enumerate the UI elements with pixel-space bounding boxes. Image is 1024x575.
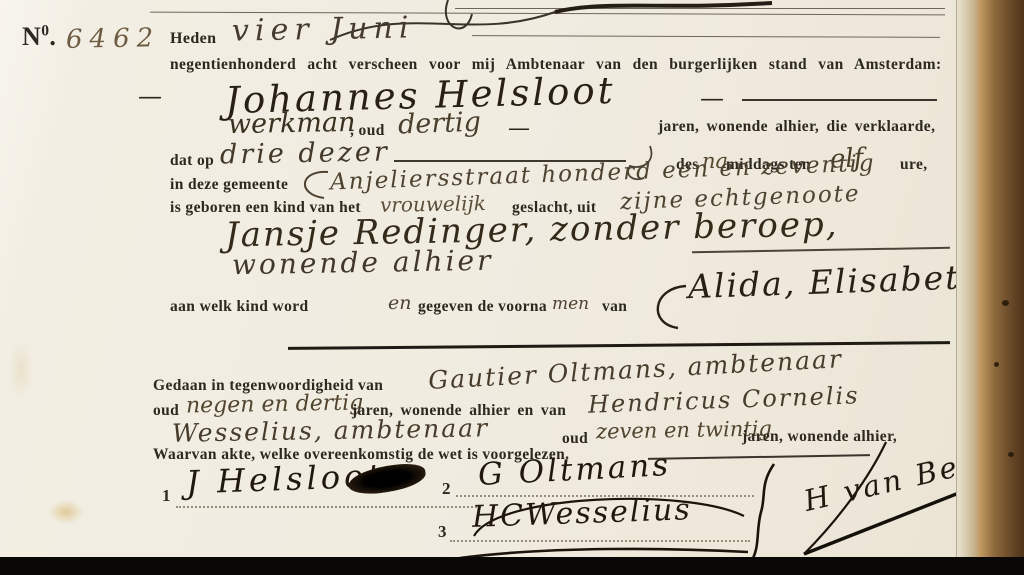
aan-welk-label: aan welk kind word [170,298,309,316]
date-handwritten: vier Juni [232,10,415,48]
father-occupation: werkman [228,107,356,140]
record-number-label: N0. [22,22,56,52]
paper-stain [8,340,34,400]
scan-bottom-bar [0,557,1024,575]
birth-certificate-scan: N0. 6462 Heden vier Juni negentienhonder… [0,0,1024,575]
jaren-wonende-text: jaren, wonende alhier, die verklaarde, [658,118,935,136]
binding-speck [1008,452,1014,457]
witness2-surname: Wesselius, ambtenaar [172,413,490,448]
van-label: van [602,298,627,316]
inserted-en: en [388,292,411,314]
name-fill-line [742,99,937,101]
dash-before-name: — [138,82,162,110]
dash-after-name: — [700,84,724,112]
signature2-number: 2 [442,479,451,499]
signature3-number: 3 [438,522,447,542]
oud-label-2: oud [153,402,179,420]
child-name-overline [692,247,950,254]
mother-residence: wonende alhier [232,244,494,282]
record-number-value: 6462 [66,23,161,55]
father-age: dertig [397,107,481,141]
birth-day: drie dezer [220,137,390,171]
page-edge [956,0,979,575]
inserted-men: men [552,294,589,314]
dat-op-label: dat op [170,152,214,170]
paper-stain [48,500,84,524]
ure-label: ure, [900,156,928,174]
pen-leadin-icon [292,168,332,202]
gegeven-label: gegeven de voorna [418,298,547,316]
binding-speck [1002,300,1009,306]
book-binding [978,0,1024,575]
witness1-age: negen en dertig [186,390,364,418]
section-separator-line [288,341,950,349]
binding-speck [994,362,999,367]
child-names: Alida, Elisabeth [687,257,984,306]
signature1-line [176,506,481,508]
signature1-number: 1 [162,486,171,506]
heden-label: Heden [170,30,216,48]
gemeente-label: in deze gemeente [170,176,288,194]
pen-leadin-icon [642,282,692,332]
dash-after-age: — [508,116,530,141]
witness2-firstnames: Hendricus Cornelis [588,381,860,418]
